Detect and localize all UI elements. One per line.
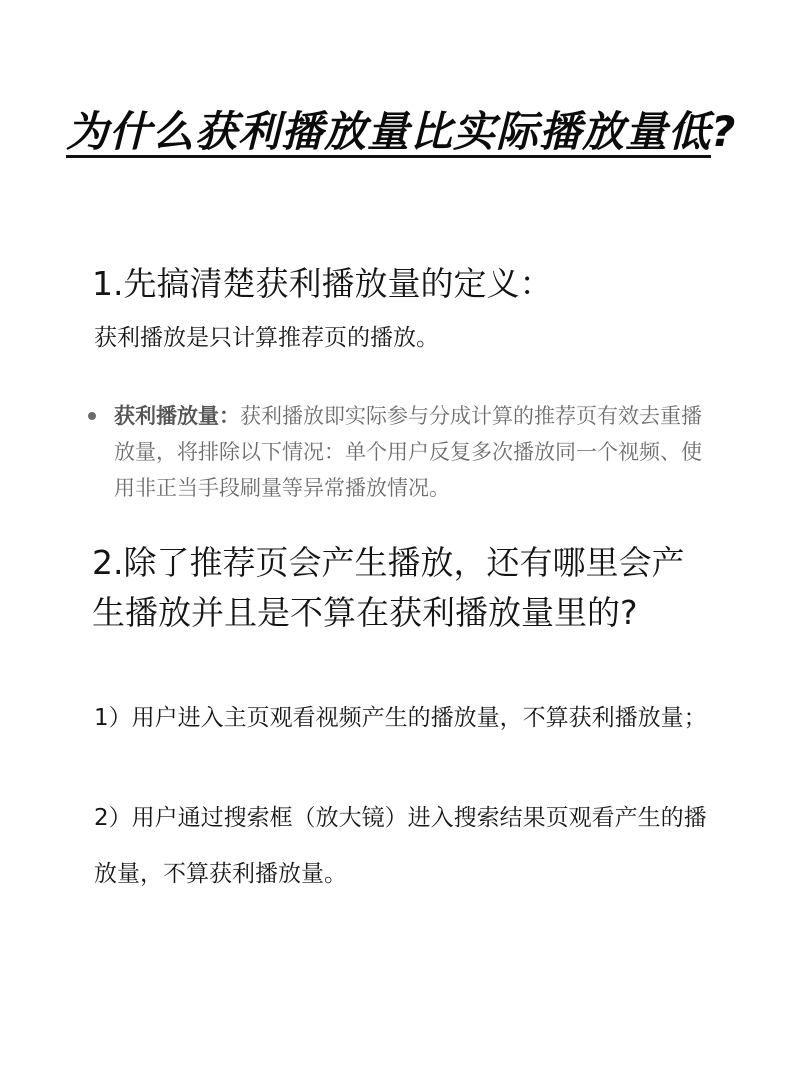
section2-heading: 2.除了推荐页会产生播放，还有哪里会产生播放并且是不算在获利播放量里的? — [92, 538, 712, 638]
definition-quote: 获利播放量：获利播放即实际参与分成计算的推荐页有效去重播放量，将排除以下情况：单… — [88, 398, 708, 506]
section1-heading: 1.先搞清楚获利播放量的定义： — [92, 262, 553, 306]
bullet-icon — [88, 412, 96, 420]
definition-text: 获利播放量：获利播放即实际参与分成计算的推荐页有效去重播放量，将排除以下情况：单… — [114, 398, 708, 506]
title-underline — [66, 155, 711, 158]
section1-body: 获利播放是只计算推荐页的播放。 — [94, 322, 439, 354]
list-item: 1）用户进入主页观看视频产生的播放量，不算获利播放量； — [94, 690, 714, 746]
page-title: 为什么获利播放量比实际播放量低? — [66, 104, 746, 160]
definition-term: 获利播放量： — [114, 404, 240, 428]
list-item: 2）用户通过搜索框（放大镜）进入搜索结果页观看产生的播放量，不算获利播放量。 — [94, 790, 714, 902]
